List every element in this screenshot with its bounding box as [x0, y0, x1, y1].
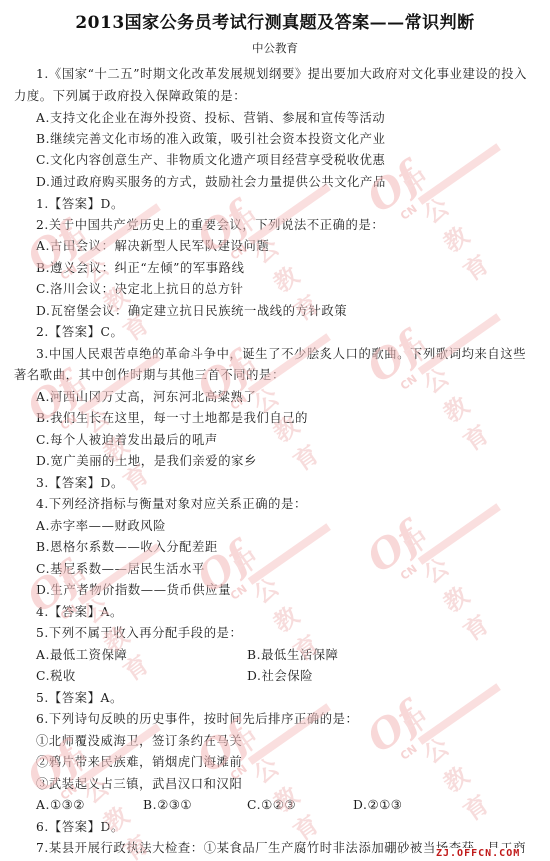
text-line: ①北师覆没威海卫，签订条约在马关 — [36, 733, 242, 749]
watermark-cn: CN — [398, 562, 420, 583]
text-line: 力度。下列属于政府投入保障政策的是： — [14, 88, 246, 104]
watermark-band — [78, 353, 161, 415]
text-line: B.最低生活保障 — [247, 647, 339, 663]
text-line: 6.下列诗句反映的历史事件，按时间先后排序正确的是： — [36, 711, 358, 727]
text-line: C.税收 — [36, 668, 76, 684]
text-line: D.宽广美丽的土地，是我们亲爱的家乡 — [36, 453, 257, 469]
text-line: C.洛川会议：决定北上抗日的总方针 — [36, 281, 244, 297]
text-line: 2.【答案】C。 — [36, 324, 123, 340]
text-line: B.恩格尔系数——收入分配差距 — [36, 539, 218, 555]
text-line: 5.下列不属于收入再分配手段的是： — [36, 625, 242, 641]
text-line: B.②③① — [143, 797, 192, 813]
text-line: 6.【答案】D。 — [36, 819, 124, 835]
text-line: B.我们生长在这里，每一寸土地都是我们自己的 — [36, 410, 308, 426]
text-line: B.遵义会议：纠正“左倾”的军事路线 — [36, 260, 244, 276]
text-line: C.文化内容创意生产、非物质文化遗产项目经营享受税收优惠 — [36, 152, 385, 168]
watermark-text: 中公教育 — [395, 156, 500, 288]
text-line: ②鸦片带来民族难，销烟虎门海滩前 — [36, 754, 242, 770]
watermark-text: 中公教育 — [395, 516, 500, 648]
text-line: C.每个人被迫着发出最后的吼声 — [36, 432, 218, 448]
text-line: D.②①③ — [353, 797, 402, 813]
text-line: 4.下列经济指标与衡量对象对应关系正确的是： — [36, 496, 307, 512]
text-line: B.继续完善文化市场的准入政策，吸引社会资本投资文化产业 — [36, 131, 385, 147]
text-line: 3.【答案】D。 — [36, 475, 124, 491]
watermark-band — [78, 203, 161, 265]
text-line: A.河西山冈万丈高，河东河北高粱熟了 — [36, 389, 256, 405]
watermark-cn: CN — [228, 582, 250, 603]
author-label: 中公教育 — [0, 40, 550, 56]
text-line: 2.关于中国共产党历史上的重要会议，下列说法不正确的是： — [36, 217, 384, 233]
watermark-text: 中公教育 — [395, 696, 500, 828]
watermark-band — [248, 523, 331, 585]
text-line: D.瓦窑堡会议：确定建立抗日民族统一战线的方针政策 — [36, 303, 347, 319]
watermark-band — [418, 143, 501, 205]
text-line: A.古田会议：解决新型人民军队建设问题 — [36, 238, 269, 254]
text-line: A.支持文化企业在海外投资、投标、营销、参展和宣传等活动 — [36, 110, 385, 126]
watermark-band — [248, 183, 331, 245]
text-line: D.通过政府购买服务的方式，鼓励社会力量提供公共文化产品 — [36, 174, 386, 190]
watermark-band — [248, 333, 331, 395]
document-page: 2013国家公务员考试行测真题及答案——常识判断 中公教育 1.《国家“十二五”… — [0, 0, 550, 861]
text-line: ③武装起义占三镇，武昌汉口和汉阳 — [36, 776, 242, 792]
text-line: 4.【答案】A。 — [36, 604, 123, 620]
text-line: C.基尼系数——居民生活水平 — [36, 561, 205, 577]
offcn-logo-icon: Of — [359, 694, 429, 762]
text-line: 1.《国家“十二五”时期文化改革发展规划纲要》提出要加大政府对文化事业建设的投入 — [36, 66, 527, 82]
page-title: 2013国家公务员考试行测真题及答案——常识判断 — [0, 8, 550, 33]
watermark-band — [418, 503, 501, 565]
text-line: A.赤字率——财政风险 — [36, 518, 166, 534]
watermark-band — [418, 313, 501, 375]
site-logo: ZJ.OFFCN.COM — [434, 848, 522, 859]
text-line: A.最低工资保障 — [36, 647, 127, 663]
text-line: A.①③② — [36, 797, 85, 813]
watermark-cn: CN — [398, 742, 420, 763]
text-line: 5.【答案】A。 — [36, 690, 123, 706]
text-line: 著名歌曲，其中创作时期与其他三首不同的是： — [14, 367, 285, 383]
text-line: D.生产者物价指数——货币供应量 — [36, 582, 231, 598]
watermark-cn: CN — [398, 202, 420, 223]
watermark-band — [418, 683, 501, 745]
offcn-logo-icon: Of — [359, 514, 429, 582]
text-line: C.①②③ — [247, 797, 296, 813]
text-line: D.社会保险 — [247, 668, 313, 684]
watermark-cn: CN — [398, 372, 420, 393]
text-line: 1.【答案】D。 — [36, 196, 124, 212]
text-line: 3.中国人民艰苦卓绝的革命斗争中，诞生了不少脍炙人口的歌曲。下列歌词均来自这些 — [36, 346, 526, 362]
